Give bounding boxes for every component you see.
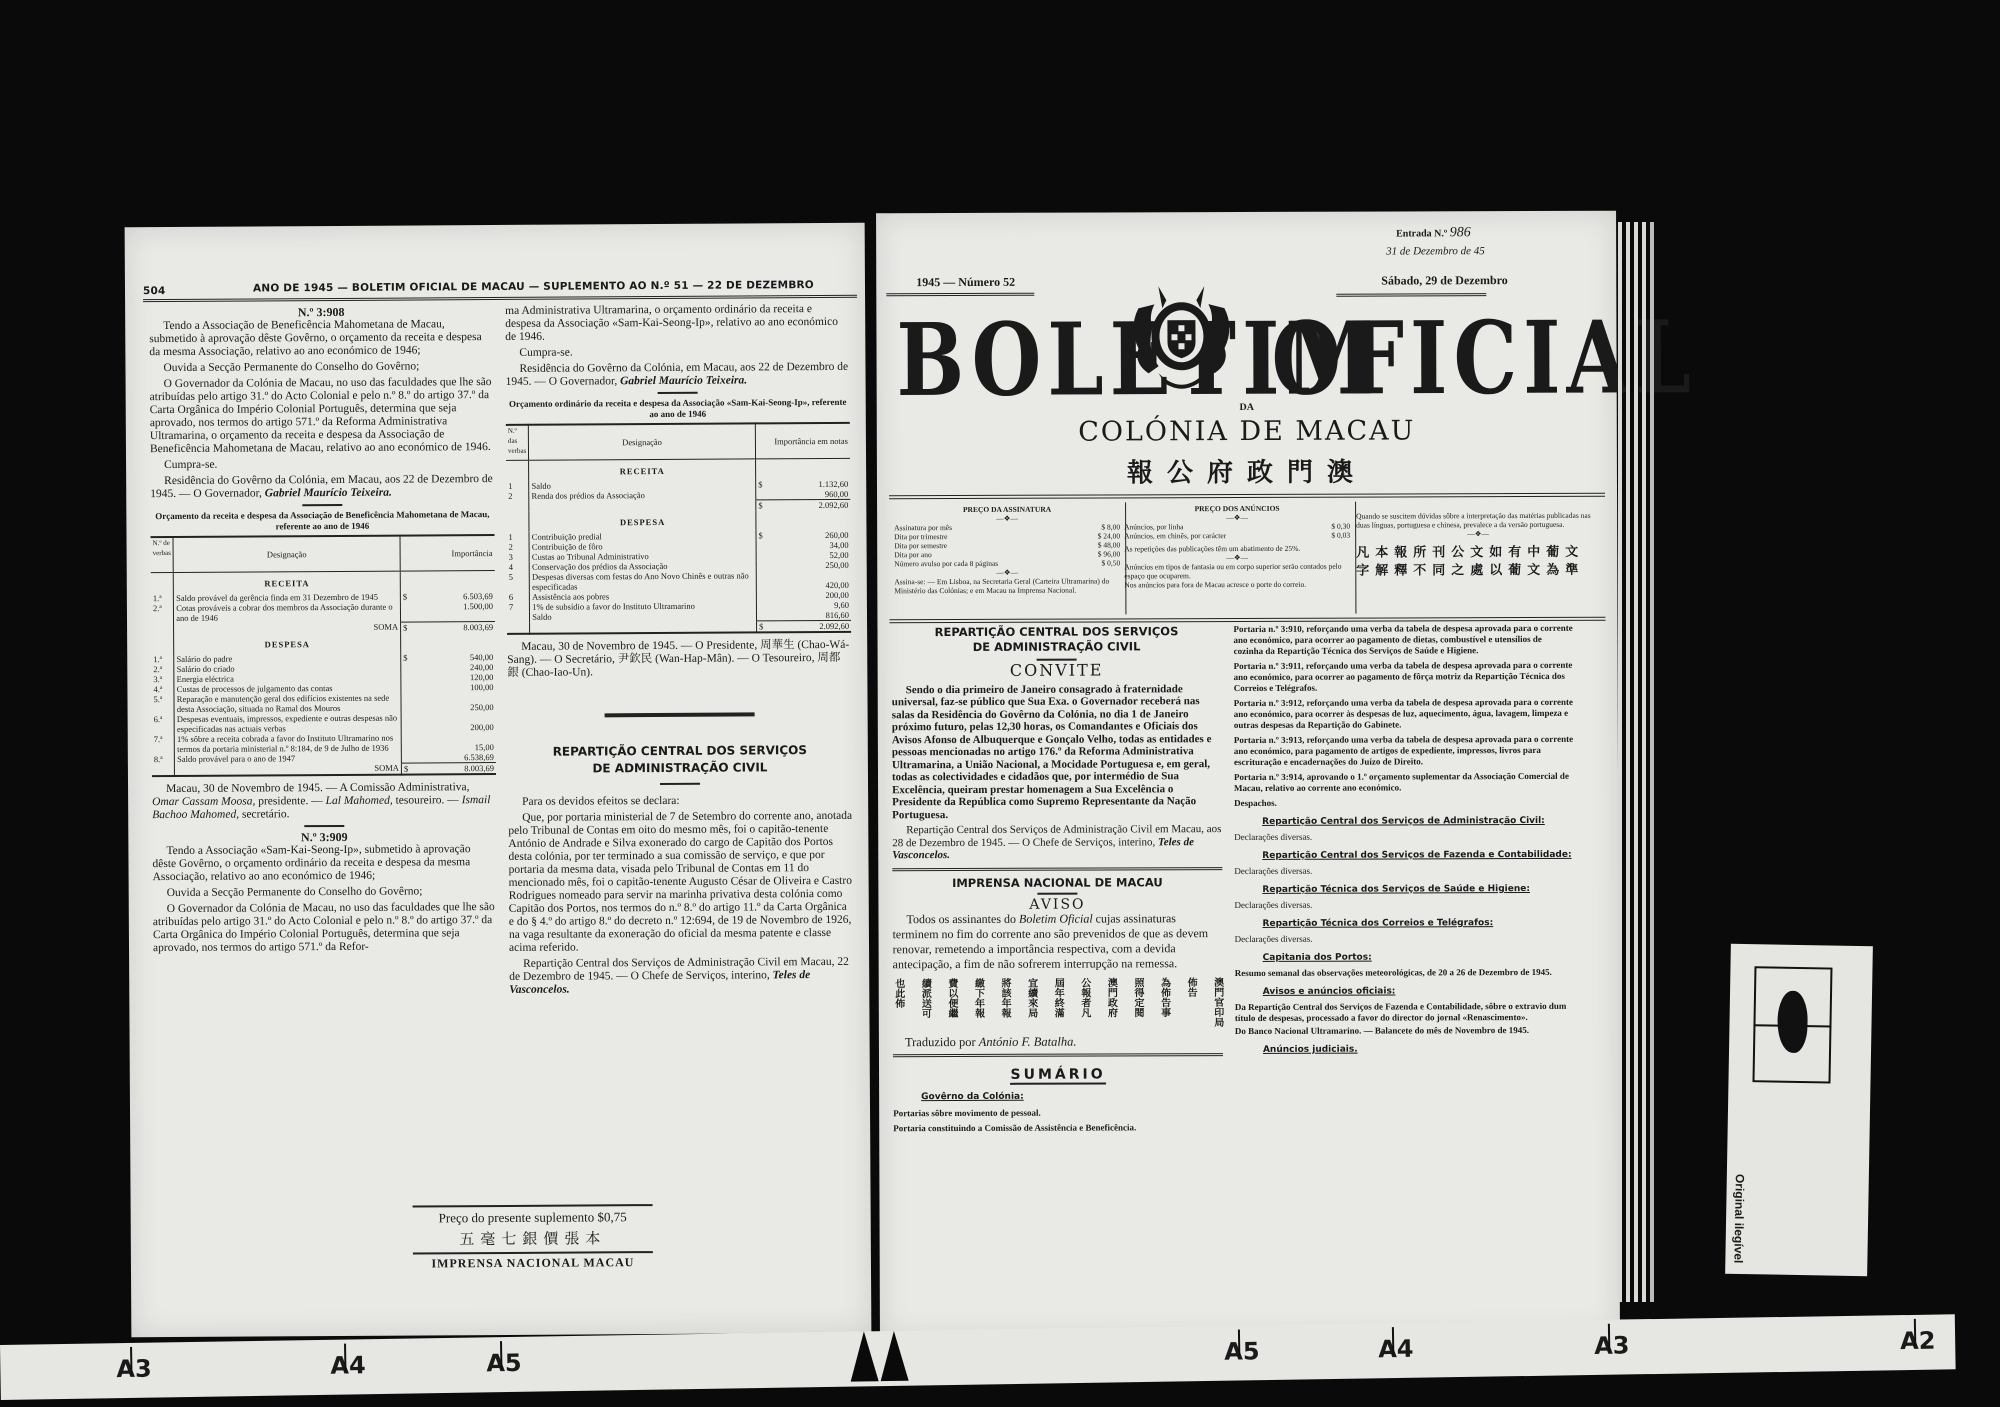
notch-right: [880, 1331, 909, 1381]
commission-signatures: Macau, 30 de Novembro de 1945. — A Comis…: [152, 781, 496, 822]
illegible-label: Original ilegível: [1731, 1174, 1747, 1264]
subscription-price-box: PREÇO DA ASSINATURA —❖— Assinatura por m…: [889, 502, 1126, 615]
left-column-2: ma Administrativa Ultramarina, o orçamen…: [505, 303, 853, 1000]
section-label: DESPESA: [174, 632, 401, 653]
masthead-chinese: 澳門政府公報: [877, 451, 1617, 491]
paragraph: Tendo a Associação «Sam-Kai-Seong-Ip», s…: [152, 843, 496, 884]
aviso-chinese: 澳門官印局 佈告 為佈告事 照得定閱 澳門政府 公報者凡 屆年終滿 宜續來局 將…: [893, 977, 1223, 1034]
portaria: Portaria n.º 3:913, reforçando uma verba…: [1234, 734, 1574, 768]
table-row: 5Despesas diversas com festas do Ano Nov…: [507, 570, 851, 592]
right-page: Entrada N.º 986 31 de Dezembro de 45 194…: [876, 211, 1620, 1339]
info-boxes: PREÇO DA ASSINATURA —❖— Assinatura por m…: [889, 493, 1605, 623]
issue-number: 1945 — Número 52: [916, 275, 1015, 290]
notch-left: [850, 1331, 879, 1381]
receipt-stamp: Entrada N.º 986: [1396, 225, 1471, 241]
header-cell: Designação: [173, 536, 400, 573]
page-number: 504: [143, 285, 166, 297]
table-row: 2.ªCotas prováveis a cobrar dos membros …: [151, 601, 495, 623]
sumario-item: Declarações diversas.: [1234, 865, 1574, 877]
section-heading: IMPRENSA NACIONAL DE MACAU: [892, 876, 1222, 890]
paragraph: Que, por portaria ministerial de 7 de Se…: [508, 810, 853, 955]
budget-table-1: N.º de verbas Designação Importância REC…: [151, 534, 496, 777]
sumario-item: Declarações diversas.: [1234, 899, 1574, 911]
coat-of-arms-icon: [1118, 278, 1244, 396]
marker: A3: [116, 1355, 152, 1384]
budget-table-2: N.º das verbas Designação Importância em…: [506, 422, 851, 635]
marker: A5: [486, 1349, 522, 1378]
left-page: 504 ANO DE 1945 — BOLETIM OFICIAL DE MAC…: [125, 223, 872, 1337]
table-title: Orçamento da receita e despesa da Associ…: [150, 509, 494, 532]
sumario-heading: Avisos e anúncios oficiais:: [1263, 986, 1575, 998]
signature-line: Residência do Govêrno da Colónia, em Mac…: [505, 361, 849, 389]
section-heading: REPARTIÇÃO CENTRAL DOS SERVIÇOS DE ADMIN…: [508, 742, 852, 778]
language-note-box: Quando se suscitem dúvidas sôbre a inter…: [1351, 501, 1605, 614]
paragraph: Sendo o dia primeiro de Janeiro consagra…: [892, 683, 1222, 822]
marker: A4: [330, 1351, 366, 1380]
table-title: Orçamento ordinário da receita e despesa…: [506, 397, 850, 420]
portaria: Portaria n.º 3:914, aprovando o 1.º orça…: [1234, 771, 1574, 794]
header-rule: [143, 295, 857, 302]
price-box: Preço do presente suplemento $0,75 本張價銀七…: [413, 1204, 653, 1271]
sumario-item: Portaria constituindo a Comissão de Assi…: [893, 1121, 1223, 1135]
sumario-item: Do Banco Nacional Ultramarino. — Balance…: [1235, 1025, 1575, 1037]
despachos: Despachos.: [1234, 797, 1574, 809]
sumario-item: Da Repartição Central dos Serviços de Fa…: [1235, 1001, 1575, 1024]
sumario-item: Declarações diversas.: [1235, 933, 1575, 945]
translator-line: Traduzido por António F. Batalha.: [905, 1035, 1223, 1049]
marker: A5: [1224, 1337, 1260, 1366]
page-stack-edges: [1618, 222, 1678, 1302]
price-chinese: 本張價銀七毫五: [413, 1227, 653, 1249]
left-column-1: N.º 3:908 Tendo a Associação de Beneficê…: [149, 305, 497, 958]
paragraph: O Governador da Colónia de Macau, no uso…: [153, 901, 497, 955]
marker: A3: [1594, 1331, 1630, 1360]
illegible-original-card: Original ilegível: [1725, 944, 1873, 1276]
masthead-subtitle: COLÓNIA DE MACAU: [877, 415, 1617, 449]
torn-page-icon: [1752, 966, 1832, 1083]
issue-date: Sábado, 29 de Dezembro: [1381, 273, 1508, 288]
separator: [304, 824, 344, 826]
section-heading: REPARTIÇÃO CENTRAL DOS SERVIÇOS DE ADMIN…: [891, 624, 1221, 655]
right-column-2: Portaria n.º 3:910, reforçando uma verba…: [1233, 623, 1575, 1060]
sumario-title: SUMÁRIO: [893, 1068, 1223, 1083]
paragraph: Para os devidos efeitos se declara:: [508, 794, 852, 809]
signature-line: Repartição Central dos Serviços de Admin…: [509, 956, 853, 997]
right-column-1: REPARTIÇÃO CENTRAL DOS SERVIÇOS DE ADMIN…: [891, 624, 1223, 1136]
association-signatures: Macau, 30 de Novembro de 1945. — O Presi…: [507, 639, 851, 680]
ad-price-box: PREÇO DOS ANÚNCIOS —❖— Anúncios, por lin…: [1119, 502, 1356, 615]
sum-row: SOMA$8.003,69: [152, 762, 496, 776]
portaria: Portaria n.º 3:912, reforçando uma verba…: [1234, 697, 1574, 731]
marker: A2: [1900, 1327, 1936, 1356]
sumario-heading: Anúncios judiciais.: [1263, 1044, 1575, 1056]
separator: [1037, 893, 1077, 895]
aviso-title: AVISO: [892, 898, 1222, 912]
paragraph: Cumpra-se.: [150, 457, 494, 472]
paragraph: Tendo a Associação de Beneficência Mahom…: [149, 318, 493, 359]
header-cell: Importância: [400, 535, 495, 571]
separator: [660, 783, 700, 785]
paragraph: Todos os assinantes do Boletim Oficial c…: [892, 911, 1222, 972]
sumario-item: Declarações diversas.: [1234, 831, 1574, 843]
sumario-heading: Repartição Técnica dos Serviços de Saúde…: [1262, 884, 1574, 896]
signature-line: Repartição Central dos Serviços de Admin…: [892, 823, 1222, 862]
section-rule: [605, 712, 755, 717]
sumario-heading: Repartição Central dos Serviços de Fazen…: [1262, 850, 1574, 862]
sumario-item: Resumo semanal das observações meteoroló…: [1235, 967, 1575, 979]
receipt-date: 31 de Dezembro de 45: [1386, 245, 1485, 257]
table-row: 7.ª1% sôbre a receita cobrada a favor do…: [152, 732, 496, 754]
portaria: Portaria n.º 3:910, reforçando uma verba…: [1233, 623, 1573, 657]
sumario-heading: Capitania dos Portos:: [1263, 952, 1575, 964]
sumario-heading: Repartição Técnica dos Correios e Telégr…: [1263, 918, 1575, 930]
section-label: RECEITA: [173, 571, 400, 593]
sumario-heading: Govêrno da Colónia:: [921, 1090, 1223, 1104]
section-rule: [893, 1053, 1223, 1057]
sum-row: $2.092,60: [507, 620, 851, 634]
convite-title: CONVITE: [892, 664, 1222, 678]
price-line: Preço do presente suplemento $0,75: [413, 1209, 653, 1226]
issue-rule: [886, 293, 1034, 297]
running-head: ANO DE 1945 — BOLETIM OFICIAL DE MACAU —…: [253, 279, 853, 295]
paragraph: Ouvida a Secção Permanente do Conselho d…: [149, 360, 493, 375]
publisher-name: IMPRENSA NACIONAL MACAU: [413, 1251, 653, 1271]
sumario-item: Portarias sôbre movimento de pessoal.: [893, 1106, 1223, 1120]
signer-name: Gabriel Maurício Teixeira.: [265, 487, 392, 500]
signature-line: Residência do Govêrno da Colónia, em Mac…: [150, 473, 494, 501]
header-cell: N.º de verbas: [151, 537, 174, 573]
sumario-heading: Repartição Central dos Serviços de Admin…: [1262, 816, 1574, 828]
paragraph: Cumpra-se.: [505, 345, 849, 360]
portaria: Portaria n.º 3:911, reforçando uma verba…: [1234, 660, 1574, 694]
marker: A4: [1378, 1335, 1414, 1364]
separator: [302, 504, 342, 506]
section-rule: [892, 867, 1222, 871]
paragraph: ma Administrativa Ultramarina, o orçamen…: [505, 303, 849, 344]
separator: [658, 392, 698, 394]
paragraph: Ouvida a Secção Permanente do Conselho d…: [153, 885, 497, 900]
table-row: 6.ªDespesas eventuais, impressos, expedi…: [152, 712, 496, 734]
issue-rule: [1336, 293, 1486, 297]
table-row: 5.ªReparação e manutenção geral dos edif…: [151, 692, 495, 714]
paragraph: O Governador da Colónia de Macau, no uso…: [150, 376, 494, 456]
